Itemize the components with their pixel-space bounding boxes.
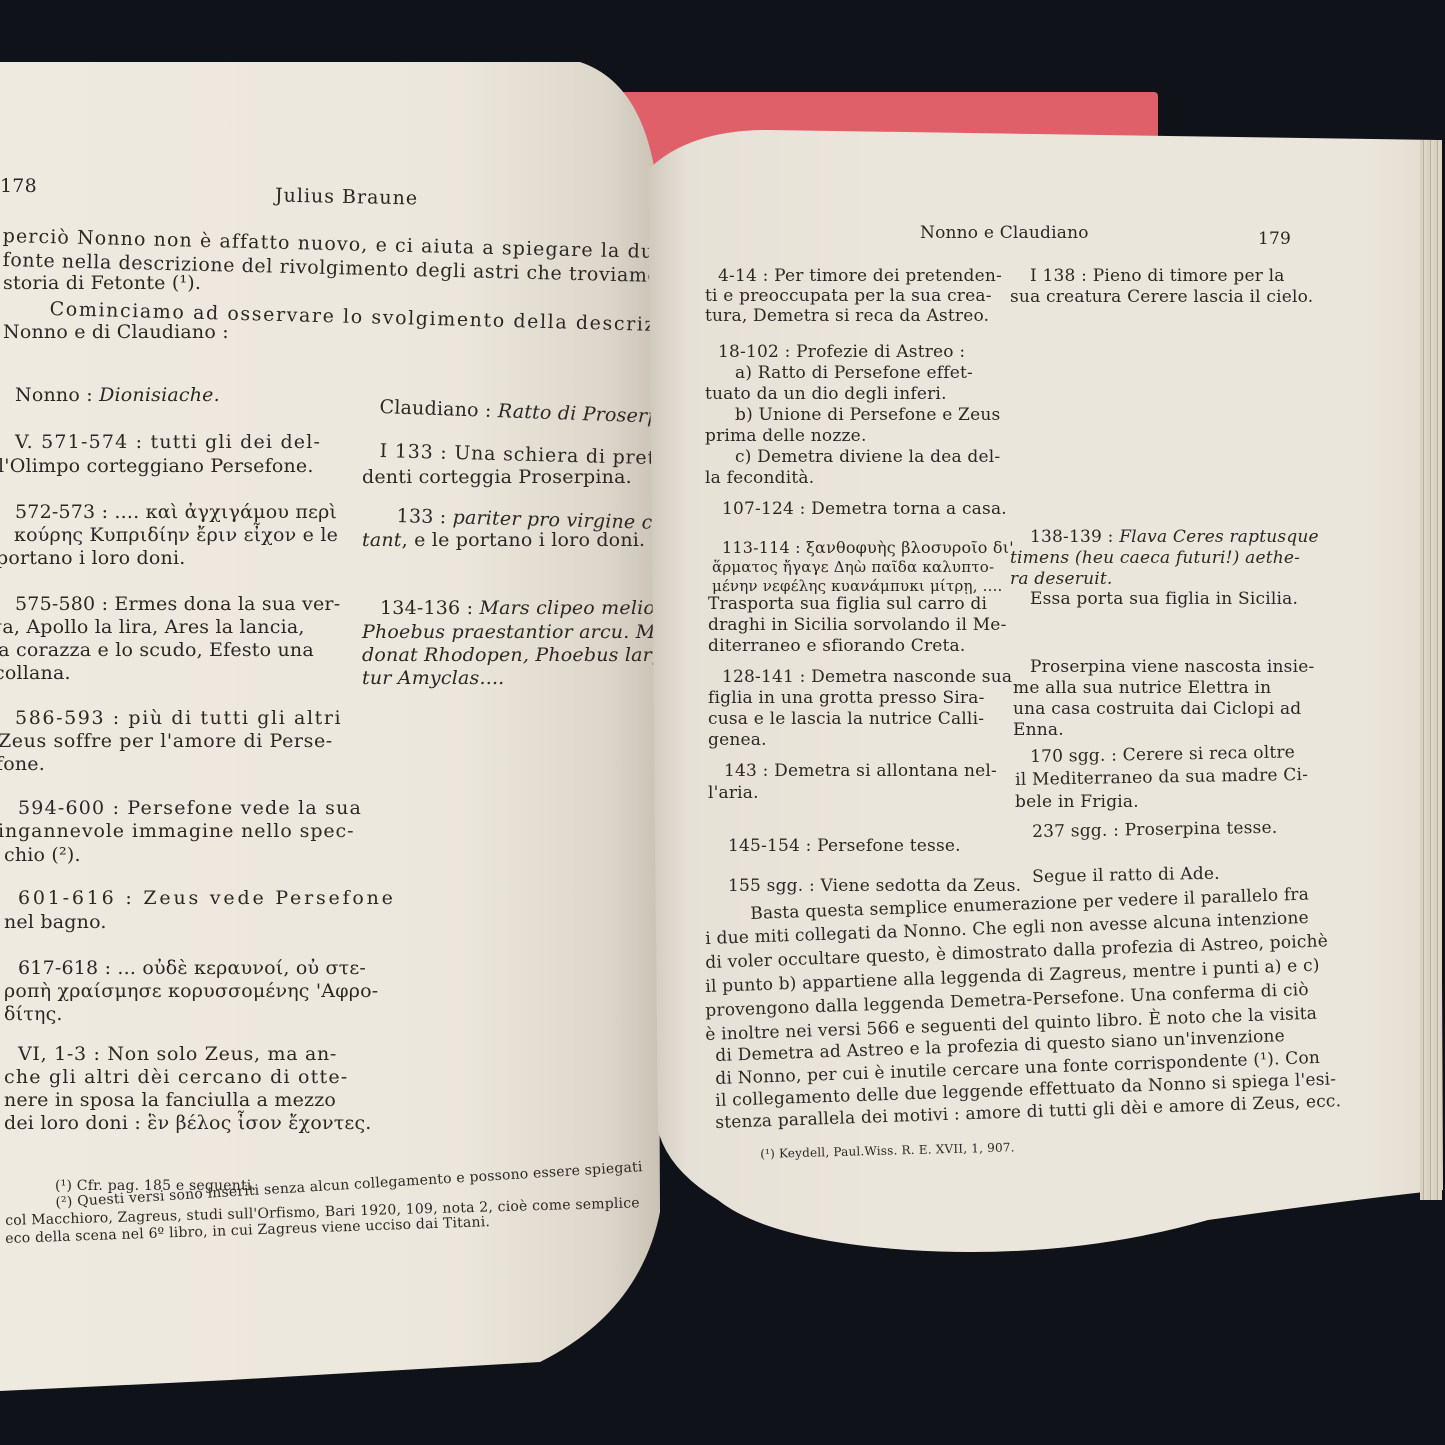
right-page-text: Nonno e Claudiano 179 4-14 : Per timore … <box>0 0 1445 1300</box>
entry-line: la fecondità. <box>705 467 814 490</box>
book-photo: 178 Julius Braune perciò Nonno non è aff… <box>0 0 1445 1445</box>
entry-line: I 138 : Pieno di timore per la <box>1030 265 1285 288</box>
entry-line: cusa e le lascia la nutrice Calli- <box>708 708 984 731</box>
latin-quote: Flava Ceres raptusque <box>1119 527 1319 547</box>
entry-line: figlia in una grotta presso Sira- <box>708 687 985 710</box>
entry-line: 143 : Demetra si allontana nel- <box>724 760 997 783</box>
entry-line: 18-102 : Profezie di Astreo : <box>718 341 965 364</box>
entry-line: sua creatura Cerere lascia il cielo. <box>1010 286 1313 309</box>
entry-line: diterraneo e sfiorando Creta. <box>708 635 966 658</box>
entry-line: Essa porta sua figlia in Sicilia. <box>1030 588 1298 611</box>
entry-line: Proserpina viene nascosta insie- <box>1030 656 1314 679</box>
footnote-right: (¹) Keydell, Paul.Wiss. R. E. XVII, 1, 9… <box>760 1139 1015 1163</box>
entry-line: 128-141 : Demetra nasconde sua <box>722 666 1012 689</box>
entry-line: 145-154 : Persefone tesse. <box>728 835 961 858</box>
page-number-right: 179 <box>1258 228 1291 251</box>
entry-line: c) Demetra diviene la dea del- <box>735 446 1000 469</box>
entry-line: bele in Frigia. <box>1015 791 1139 814</box>
entry-line: tuato da un dio degli inferi. <box>705 383 947 406</box>
entry-line: Trasporta sua figlia sul carro di <box>708 593 987 616</box>
entry-line: 107-124 : Demetra torna a casa. <box>722 498 1007 521</box>
entry-line: Segue il ratto di Ade. <box>1032 863 1220 889</box>
verse-ref: 138-139 : <box>1030 527 1119 547</box>
entry-line: il Mediterraneo da sua madre Ci- <box>1015 764 1308 792</box>
entry-line: prima delle nozze. <box>705 425 867 448</box>
entry-line: b) Unione di Persefone e Zeus <box>735 404 1000 427</box>
entry-line: Enna. <box>1013 719 1064 742</box>
entry-line: me alla sua nutrice Elettra in <box>1013 677 1271 700</box>
entry-line: 237 sgg. : Proserpina tesse. <box>1032 817 1278 844</box>
entry-line: l'aria. <box>708 782 759 805</box>
entry-line: tura, Demetra si reca da Astreo. <box>705 305 989 328</box>
entry-line: una casa costruita dai Ciclopi ad <box>1013 698 1301 721</box>
latin-quote: timens (heu caeca futuri!) aethe- <box>1010 547 1300 570</box>
entry-line: genea. <box>708 729 767 752</box>
entry-line: 138-139 : Flava Ceres raptusque <box>1030 526 1319 549</box>
running-head-right: Nonno e Claudiano <box>920 222 1089 245</box>
entry-line: draghi in Sicilia sorvolando il Me- <box>708 614 1007 637</box>
entry-line: a) Ratto di Persefone effet- <box>735 362 973 385</box>
